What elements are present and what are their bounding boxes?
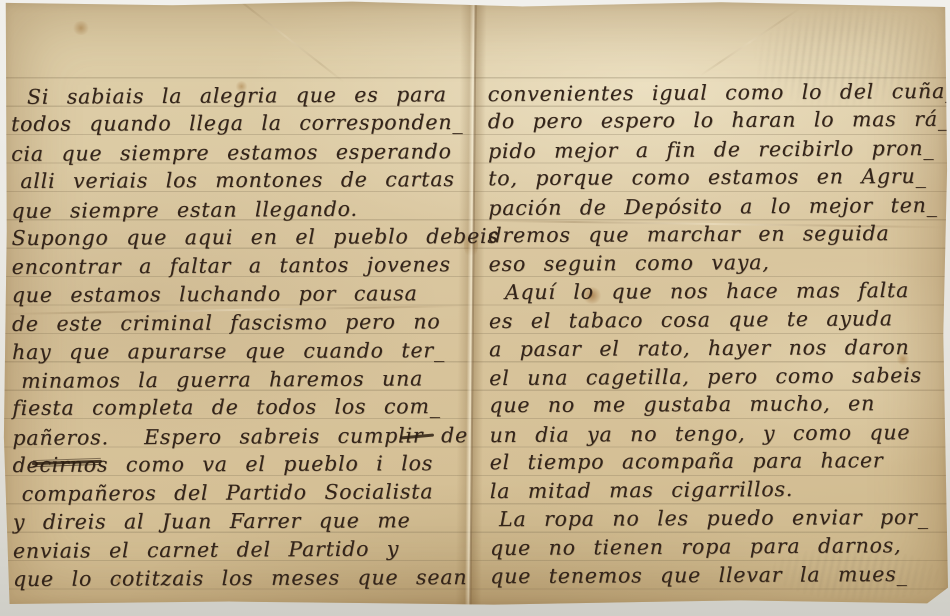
handwritten-line: enviais el carnet del Partido y: [13, 534, 475, 565]
handwritten-line: el una cagetilla, pero como sabeis: [489, 361, 947, 393]
handwritten-line: fiesta completa de todos los com_: [12, 392, 474, 422]
handwritten-line: es el tabaco cosa que te ayuda: [489, 304, 947, 336]
handwritten-line: y direis al Juan Farrer que me: [13, 506, 475, 536]
handwritten-line: el tiempo acompaña para hacer: [490, 446, 948, 477]
handwritten-line: alli veriais los montones de cartas: [11, 165, 473, 195]
handwritten-line: Supongo que aqui en el pueblo debeis: [12, 222, 474, 252]
handwritten-line: eso seguin como vaya,: [489, 247, 947, 279]
handwritten-line: un dia ya no tengo, y como que: [489, 418, 947, 450]
handwritten-line: pañeros. Espero sabreis cumplir de: [12, 421, 474, 452]
letter-page-right: convenientes igual como lo del cuña_ do …: [488, 77, 949, 590]
handwritten-line: to, porque como estamos en Agru_: [488, 162, 946, 193]
handwritten-line: que no tienen ropa para darnos,: [490, 531, 948, 563]
letter-paper: Si sabiais la alegria que es para todos …: [2, 1, 948, 607]
handwritten-line: que estamos luchando por causa: [12, 279, 474, 309]
handwritten-line: cia que siempre estamos esperando: [11, 137, 473, 168]
handwritten-line: pación de Depósito a lo mejor ten_: [488, 190, 946, 222]
letter-page-left: Si sabiais la alegria que es para todos …: [11, 80, 475, 593]
handwritten-line: Si sabiais la alegria que es para: [11, 80, 473, 111]
handwritten-line: dremos que marchar en seguida: [488, 219, 946, 250]
handwritten-line: hay que apurarse que cuando ter_: [12, 336, 474, 366]
handwritten-line: decirnos como va el pueblo i los: [12, 449, 474, 479]
handwritten-line: compañeros del Partido Socialista: [13, 478, 475, 509]
handwritten-line: La ropa no les puedo enviar por_: [490, 503, 948, 534]
handwritten-line: la mitad mas cigarrillos.: [490, 474, 948, 506]
handwritten-line: encontrar a faltar a tantos jovenes: [12, 250, 474, 281]
handwritten-line: do pero espero lo haran lo mas rá_: [488, 105, 946, 136]
handwritten-line: todos quando llega la corresponden_: [11, 108, 473, 138]
paper-stain: [72, 21, 90, 35]
handwritten-line: convenientes igual como lo del cuña_: [488, 77, 946, 109]
handwritten-line: minamos la guerra haremos una: [12, 364, 474, 395]
handwritten-line: de este criminal fascismo pero no: [12, 307, 474, 338]
handwritten-line: que tenemos que llevar la mues_: [490, 559, 948, 590]
scanned-letter-photo: Si sabiais la alegria que es para todos …: [0, 0, 950, 616]
handwritten-line: pido mejor a fin de recibirlo pron_: [488, 134, 946, 166]
handwritten-line: que siempre estan llegando.: [11, 194, 473, 225]
handwritten-line: que no me gustaba mucho, en: [489, 389, 947, 420]
handwritten-line: Aquí lo que nos hace mas falta: [489, 276, 947, 307]
handwritten-line: que lo cotitzais los meses que sean: [13, 563, 475, 593]
handwritten-line: a pasar el rato, hayer nos daron: [489, 332, 947, 363]
